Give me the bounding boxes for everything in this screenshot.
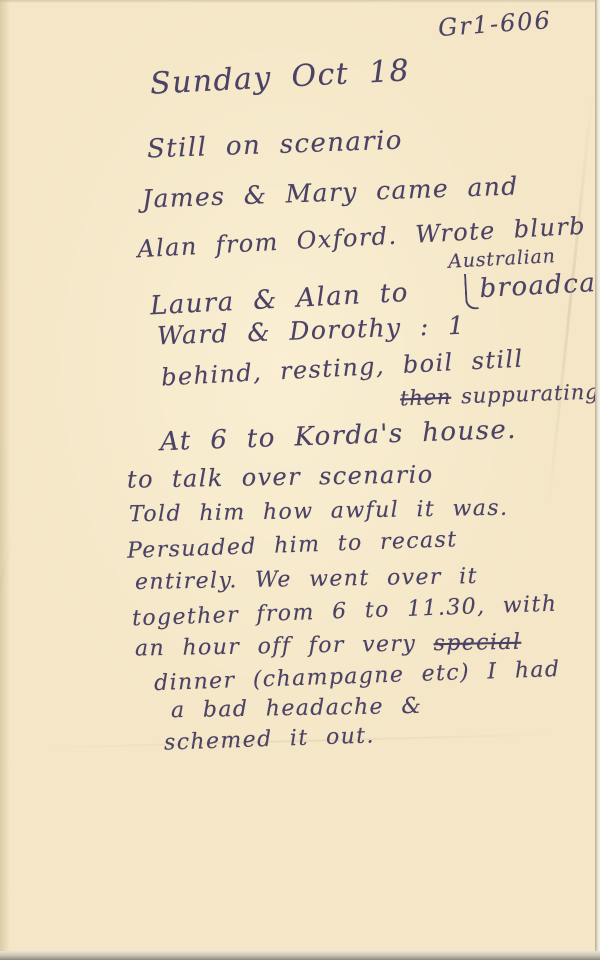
scan-edge-top [0,0,600,3]
handwritten-line: Persuaded him to recast [127,527,458,564]
handwritten-line: schemed it out. [164,723,376,755]
insertion-bracket-mark [464,273,479,310]
date-heading: Sunday Oct 18 [149,53,411,102]
scan-edge-right [595,0,600,960]
handwritten-line: a bad headache & [171,694,423,723]
handwritten-line: James & Mary came and [142,171,519,213]
handwritten-line: Told him how awful it was. [129,496,509,528]
handwritten-line: Still on scenario [147,126,404,165]
struck-out-word: then [400,385,452,411]
paper-edge-shadow [0,0,10,960]
note-word: suppurating [461,380,600,409]
struck-out-word: special [433,630,521,657]
handwritten-line: dinner (champagne etc) I had [154,657,561,696]
inserted-word-above-line: Australian [448,245,556,273]
line-text: an hour off for very [135,632,417,662]
manuscript-page: Gr1-606 Sunday Oct 18 Still on scenario … [0,0,600,960]
scan-edge-bottom [0,951,600,960]
inserted-target-word: broadcast [479,267,600,304]
handwritten-note-with-strikethrough: thensuppurating [400,380,600,411]
handwritten-line: At 6 to Korda's house. [160,415,518,457]
archive-code: Gr1-606 [437,6,553,42]
handwritten-line-with-strikethrough: an hour off for very special [135,630,532,662]
handwritten-line: to talk over scenario [127,460,434,493]
handwritten-line: entirely. We went over it [135,564,478,595]
handwritten-line: together from 6 to 11.30, with [132,592,558,632]
